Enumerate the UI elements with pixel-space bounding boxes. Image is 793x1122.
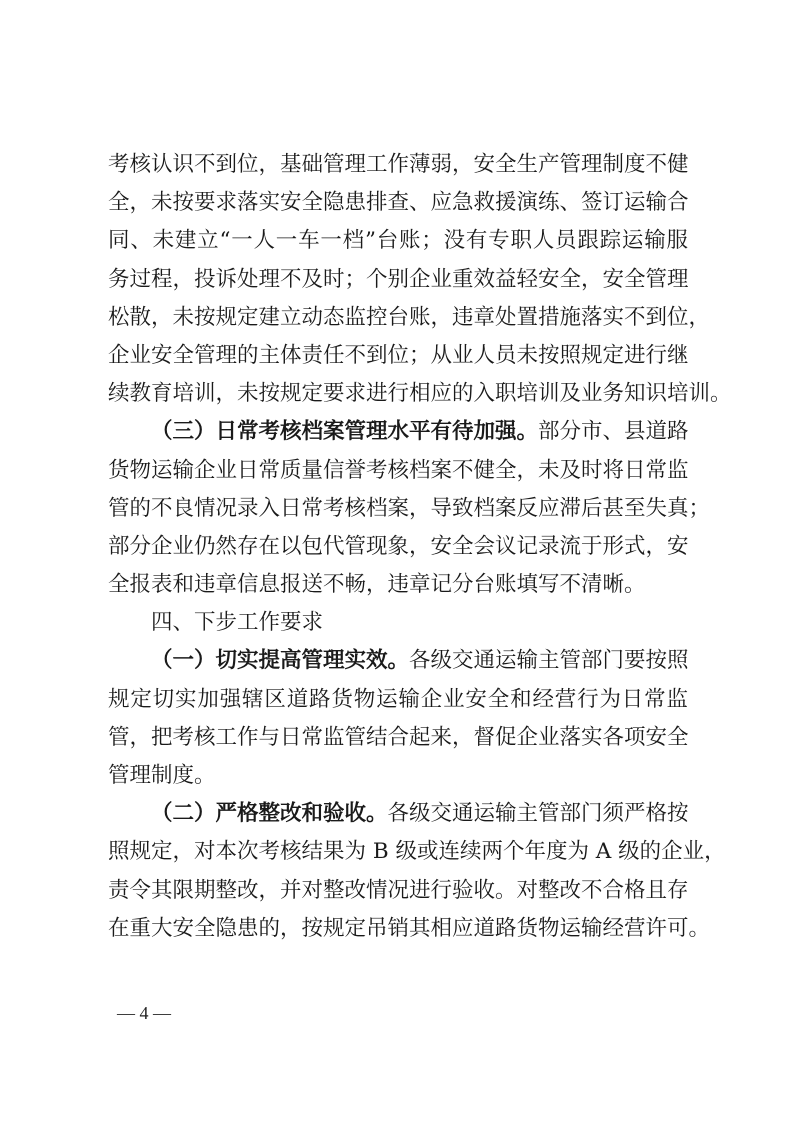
section-3-title: （三）日常考核档案管理水平有待加强。 [151,419,538,444]
paragraph-line: 考核认识不到位，基础管理工作薄弱，安全生产管理制度不健 [108,146,688,184]
paragraph-line: 照规定，对本次考核结果为 B 级或连续两个年度为 A 级的企业， [108,833,688,871]
paragraph-line: 责令其限期整改，并对整改情况进行验收。对整改不合格且存 [108,872,688,910]
paragraph-line: 货物运输企业日常质量信誉考核档案不健全，未及时将日常监 [108,452,688,490]
paragraph-line: 管理制度。 [108,757,688,795]
section-heading-4: 四、下步工作要求 [108,604,688,642]
paragraph-line: 管，把考核工作与日常监管结合起来，督促企业落实各项安全 [108,719,688,757]
item-2-text: 各级交通运输主管部门须严格按 [388,801,689,826]
paragraph-line: 全，未按要求落实安全隐患排查、应急救援演练、签订运输合 [108,184,688,222]
item-2-first-line: （二）严格整改和验收。各级交通运输主管部门须严格按 [108,795,688,833]
paragraph-line: 规定切实加强辖区道路货物运输企业安全和经营行为日常监 [108,681,688,719]
section-3-first-line: （三）日常考核档案管理水平有待加强。部分市、县道路 [108,413,688,451]
item-1-title: （一）切实提高管理实效。 [151,648,409,673]
paragraph-line: 在重大安全隐患的，按规定吊销其相应道路货物运输经营许可。 [108,910,688,948]
paragraph-line: 同、未建立“一人一车一档”台账；没有专职人员跟踪运输服 [108,222,688,260]
paragraph-line: 企业安全管理的主体责任不到位；从业人员未按照规定进行继 [108,337,688,375]
section-3-text: 部分市、县道路 [538,419,689,444]
paragraph-line: 续教育培训，未按规定要求进行相应的入职培训及业务知识培训。 [108,375,688,413]
item-1-text: 各级交通运输主管部门要按照 [409,648,689,673]
item-2-title: （二）严格整改和验收。 [151,801,388,826]
paragraph-line: 务过程，投诉处理不及时；个别企业重效益轻安全，安全管理 [108,261,688,299]
document-body: 考核认识不到位，基础管理工作薄弱，安全生产管理制度不健 全，未按要求落实安全隐患… [108,146,688,948]
item-1-first-line: （一）切实提高管理实效。各级交通运输主管部门要按照 [108,642,688,680]
paragraph-line: 管的不良情况录入日常考核档案，导致档案反应滞后甚至失真； [108,490,688,528]
paragraph-line: 全报表和违章信息报送不畅，违章记分台账填写不清晰。 [108,566,688,604]
page-number: — 4 — [117,1003,171,1024]
paragraph-line: 部分企业仍然存在以包代管现象，安全会议记录流于形式，安 [108,528,688,566]
paragraph-line: 松散，未按规定建立动态监控台账，违章处置措施落实不到位， [108,299,688,337]
